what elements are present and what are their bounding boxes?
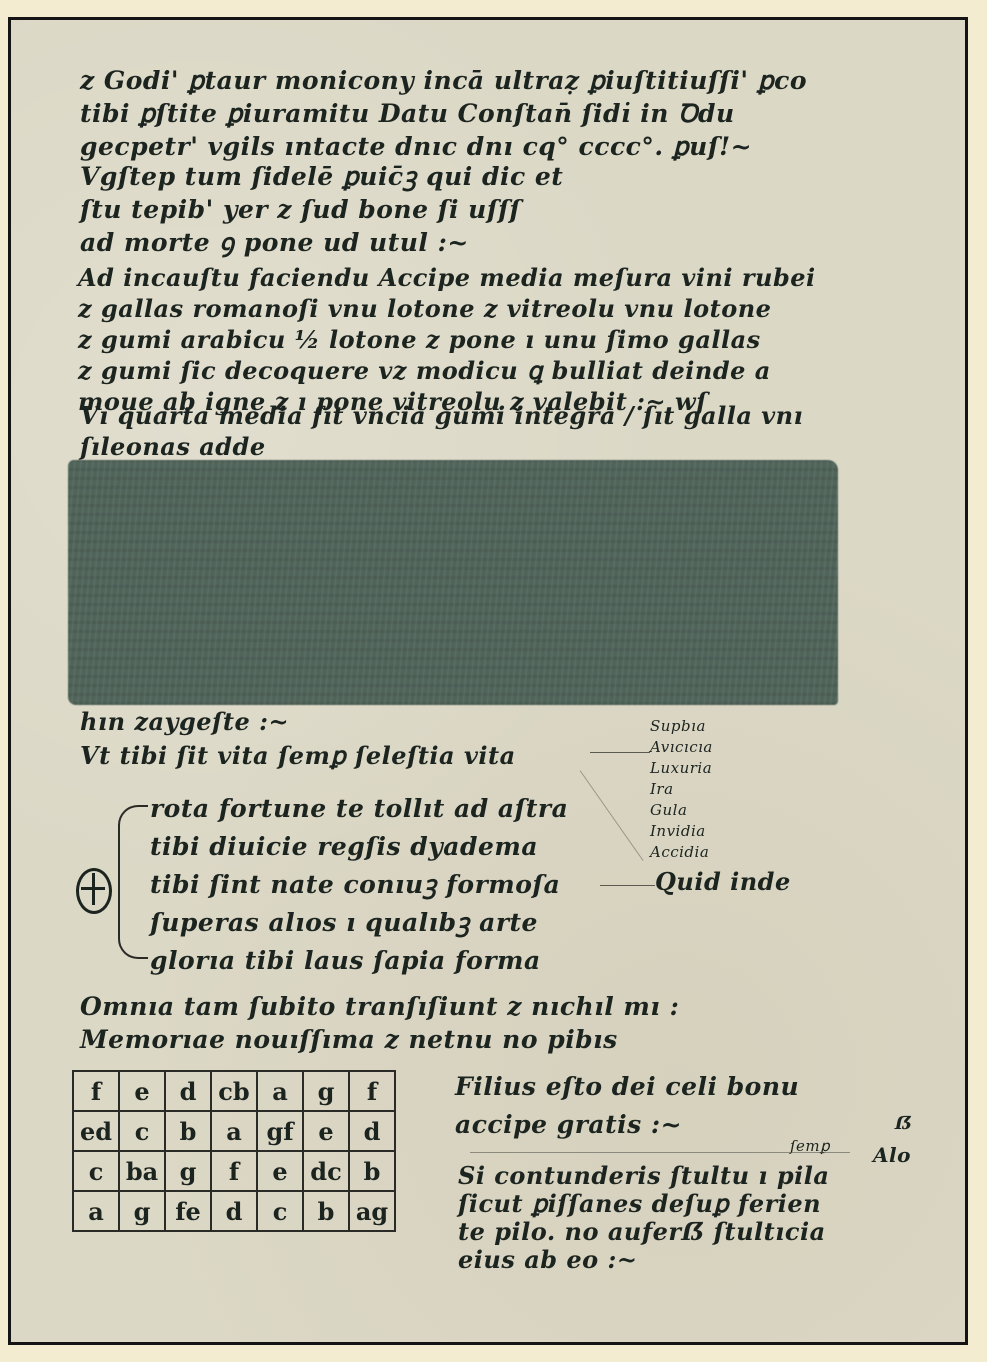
grid-cell: fe <box>165 1191 211 1231</box>
grid-cell: a <box>73 1191 119 1231</box>
text-line: Filius eſto dei celi bonu <box>455 1068 799 1106</box>
text-line: Vı quarta media ſıt vncia gumi integra /… <box>80 400 803 431</box>
margin-item: Supbıa <box>650 716 713 737</box>
text-line: ſıleonas adde <box>80 431 803 462</box>
grid-cell: gf <box>257 1111 303 1151</box>
annotation-semper: ſemꝑ <box>790 1136 830 1157</box>
section-7: Filius eſto dei celi bonu accipe gratis … <box>455 1068 799 1144</box>
text-line: Omnıa tam ſubito tranſıſiunt z nıchıl mı… <box>80 990 679 1023</box>
grid-cell: b <box>165 1111 211 1151</box>
text-line: z gumi arabicu ½ lotone z pone ı unu ſim… <box>78 324 816 355</box>
grid-cell: b <box>349 1151 395 1191</box>
margin-final: Quid inde <box>655 866 791 897</box>
text-line: eius ab eo :~ <box>458 1246 829 1274</box>
text-line: tibi ꝑſtite ꝑiuramitu Datu Conſtan̄ ſidi… <box>80 97 807 130</box>
section-2: Vgſtep tum ſidelē ꝑuic̄ꝫ qui dic et ſtu … <box>80 160 563 259</box>
grid-cell: e <box>257 1151 303 1191</box>
text-line: ſicut ꝑiſſanes deſuꝑ ferien <box>458 1190 829 1218</box>
grid-cell: ed <box>73 1111 119 1151</box>
grid-cell: a <box>211 1111 257 1151</box>
section-6: Omnıa tam ſubito tranſıſiunt z nıchıl mı… <box>80 990 679 1056</box>
grid-cell: d <box>211 1191 257 1231</box>
text-line: Memorıae nouıſſıma z netnu no pibıs <box>80 1023 679 1056</box>
grid-cell: f <box>73 1071 119 1111</box>
poem-line: ſuperas alıos ı qualıbꝫ arte <box>150 904 568 942</box>
margin-item: Ira <box>650 779 713 800</box>
text-line: Si contunderis ſtultu ı pila <box>458 1162 829 1190</box>
connector-line <box>590 752 650 753</box>
text-line: Ad incauſtu faciendu Accipe media meſura… <box>78 262 816 293</box>
text-line: ad morte ꝯ pone ud utul :~ <box>80 226 563 259</box>
grid-cell: c <box>73 1151 119 1191</box>
grid-row: f e d cb a g f <box>73 1071 395 1111</box>
section-8: Si contunderis ſtultu ı pila ſicut ꝑiſſa… <box>458 1162 829 1274</box>
grid-cell: cb <box>211 1071 257 1111</box>
section-4: Vı quarta media ſıt vncia gumi integra /… <box>80 400 803 462</box>
grid-row: c ba g f e dc b <box>73 1151 395 1191</box>
grid-cell: ag <box>349 1191 395 1231</box>
text-line: z gumi ſic decoquere vz modicu ꝗ bulliat… <box>78 355 816 386</box>
text-line: accipe gratis :~ <box>455 1106 799 1144</box>
margin-vices-list: Supbıa Avıcıcıa Luxuria Ira Gula Invidia… <box>650 716 713 863</box>
divider-line <box>470 1152 850 1153</box>
margin-item: Invidia <box>650 821 713 842</box>
margin-item: Gula <box>650 800 713 821</box>
poem-stanza: rota fortune te tollıt ad aſtra tibi diu… <box>150 790 568 980</box>
poem-line: glorıa tibi laus ſapia forma <box>150 942 568 980</box>
margin-item: Luxuria <box>650 758 713 779</box>
text-line: z Godi' ꝑtaur monicony incā ultraẓ ꝑiuſt… <box>80 64 807 97</box>
grid-cell: e <box>119 1071 165 1111</box>
text-line: ſtu tepib' yer z ſud bone ſi uſſſ <box>80 193 563 226</box>
text-line: z gallas romanoſi vnu lotone z vitreolu … <box>78 293 816 324</box>
text-line: hın zaygeſte :~ <box>80 706 289 737</box>
section-1: z Godi' ꝑtaur monicony incā ultraẓ ꝑiuſt… <box>80 64 807 163</box>
annotation-alo: Alo <box>873 1140 911 1171</box>
grid-cell: c <box>257 1191 303 1231</box>
grid-cell: f <box>349 1071 395 1111</box>
grid-cell: d <box>349 1111 395 1151</box>
section-3-ink-recipe: Ad incauſtu faciendu Accipe media meſura… <box>78 262 816 417</box>
grid-cell: e <box>303 1111 349 1151</box>
grid-cell: g <box>119 1191 165 1231</box>
grid-row: ed c b a gf e d <box>73 1111 395 1151</box>
poem-line: rota fortune te tollıt ad aſtra <box>150 790 568 828</box>
grid-row: a g fe d c b ag <box>73 1191 395 1231</box>
note-grid: f e d cb a g f ed c b a gf e d c ba g f … <box>72 1070 396 1232</box>
grid-cell: c <box>119 1111 165 1151</box>
margin-item: Accidia <box>650 842 713 863</box>
text-line: gecpetr' vgils ıntacte dnıc dnı cq° cccc… <box>80 130 807 163</box>
grid-cell: d <box>165 1071 211 1111</box>
grid-cell: dc <box>303 1151 349 1191</box>
cross-initial-icon <box>76 868 112 914</box>
obliterated-text-block <box>68 460 838 705</box>
grid-cell: g <box>165 1151 211 1191</box>
section-5: hın zaygeſte :~ <box>80 706 289 737</box>
grid-cell: a <box>257 1071 303 1111</box>
annotation-mark: ẞ <box>895 1108 913 1139</box>
grid-cell: ba <box>119 1151 165 1191</box>
poem-first-line: Vt tibi ſit vita ſemꝑ ſeleſtia vita <box>80 740 516 771</box>
poem-bracket <box>118 805 148 959</box>
grid-cell: b <box>303 1191 349 1231</box>
poem-line: tibi ſint nate conıuꝫ formoſa <box>150 866 568 904</box>
grid-cell: g <box>303 1071 349 1111</box>
connector-line <box>600 885 655 886</box>
margin-item: Avıcıcıa <box>650 737 713 758</box>
text-line: Vgſtep tum ſidelē ꝑuic̄ꝫ qui dic et <box>80 160 563 193</box>
grid-cell: f <box>211 1151 257 1191</box>
poem-line: tibi diuicie regſis dyadema <box>150 828 568 866</box>
text-line: te pilo. no auferẞ ſtultıcia <box>458 1218 829 1246</box>
